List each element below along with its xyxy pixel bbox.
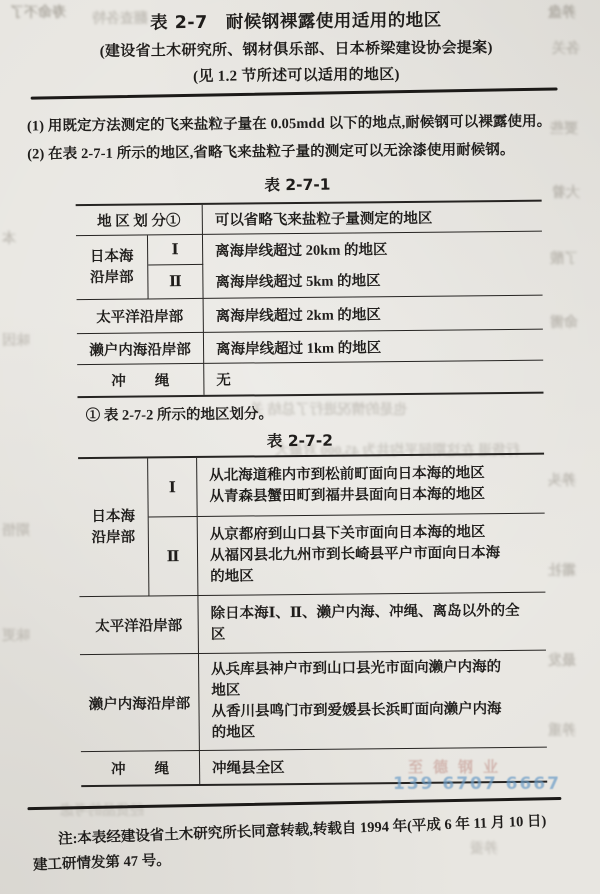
table1-okinawa-desc: 无 xyxy=(204,361,543,395)
subtitle-proposers: (建设省土木研究所、钢材俱乐部、日本桥梁建设协会提案) xyxy=(0,35,596,62)
table2-pacific-desc: 除日本海Ⅰ、Ⅱ、濑户内海、冲绳、离岛以外的全 区 xyxy=(198,593,546,654)
horizontal-rule-top xyxy=(31,87,558,99)
table-2-7-1: 地 区 划 分① 可以省略飞来盐粒子量测定的地区 日本海 沿岸部 Ⅰ 离海岸线超… xyxy=(76,200,544,398)
table-2-7-1-title: 表 2-7-1 xyxy=(0,170,598,198)
table2-zone-2-desc: 从京都府到山口县下关市面向日本海的地区 从福冈县北九州市到长崎县平户市面向日本海… xyxy=(198,514,546,596)
watermark-phone: 139 6707 6667 xyxy=(393,774,561,794)
table2-japan-sea-label: 日本海 沿岸部 xyxy=(78,458,149,597)
table-2-7-2: 日本海 沿岸部 Ⅰ 从北海道稚内市到松前町面向日本海的地区 从青森县蟹田町到福井… xyxy=(78,453,547,787)
table1-zone-1: Ⅰ xyxy=(148,235,203,266)
table2-zone-1-desc: 从北海道稚内市到松前町面向日本海的地区 从青森县蟹田町到福井县面向日本海的地区 xyxy=(197,455,545,517)
table2-pacific-label: 太平洋沿岸部 xyxy=(79,596,199,655)
reprint-note: 注:本表经建设省土木研究所长同意转载,转载自 1994 年(平成 6 年 11 … xyxy=(32,807,599,878)
table1-okinawa-label: 冲 绳 xyxy=(77,364,204,396)
table1-japan-sea-label: 日本海 沿岸部 xyxy=(76,235,149,300)
table-2-7-2-title: 表 2-7-2 xyxy=(0,426,600,454)
table1-pacific-label: 太平洋沿岸部 xyxy=(77,299,204,334)
table1-zone-1-desc: 离海岸线超过 20km 的地区 xyxy=(203,232,542,265)
table1-pacific-desc: 离海岸线超过 2km 的地区 xyxy=(204,296,543,333)
subtitle-applicable-ref: (见 1.2 节所述可以适用的地区) xyxy=(0,61,597,88)
scanned-document-page: 寿命不了 翻查各特 养盘 各关 要些 大着 了酸 命需 本 味因 也是的情况进行… xyxy=(0,0,600,894)
table2-seto-label: 濑户内海沿岸部 xyxy=(80,654,200,752)
table2-zone-2: Ⅱ xyxy=(149,517,199,596)
paragraph-1: (1) 用既定方法测定的飞来盐粒子量在 0.05mdd 以下的地点,耐候钢可以裸… xyxy=(27,109,595,135)
table1-header-region: 地 区 划 分① xyxy=(76,205,203,236)
page-title: 表 2-7 耐候钢裸露使用适用的地区 xyxy=(0,5,596,36)
table1-zone-2-desc: 离海岸线超过 5km 的地区 xyxy=(203,262,542,299)
horizontal-rule-bottom xyxy=(27,797,561,810)
table1-header-area: 可以省略飞来盐粒子量测定的地区 xyxy=(203,202,542,235)
paragraph-2: (2) 在表 2-7-1 所示的地区,省略飞来盐粒子量的测定可以无涂漆使用耐候钢… xyxy=(27,137,595,163)
table1-seto-label: 濑户内海沿岸部 xyxy=(77,333,204,365)
table2-okinawa-label: 冲 绳 xyxy=(81,751,200,785)
table2-seto-desc: 从兵库县神户市到山口县光市面向濑户内海的 地区 从香川县鸣门市到爱媛县长浜町面向… xyxy=(199,651,547,751)
table1-zone-2: Ⅱ xyxy=(148,265,203,300)
table1-seto-desc: 离海岸线超过 1km 的地区 xyxy=(204,330,543,364)
table2-zone-1: Ⅰ xyxy=(148,458,198,517)
table1-footnote: ① 表 2-7-2 所示的地区划分。 xyxy=(86,402,273,425)
